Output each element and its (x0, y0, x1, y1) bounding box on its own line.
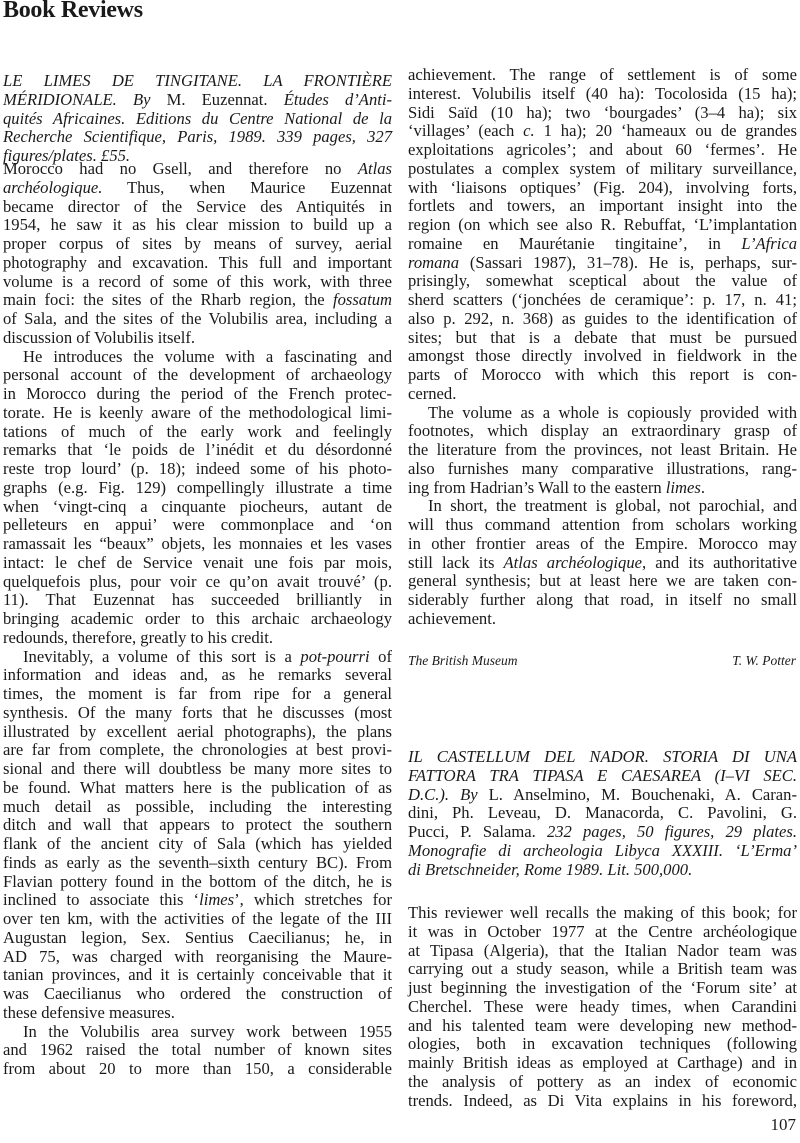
text-line: postulates a complex system of military … (408, 160, 797, 179)
text-line: also p. 292, n. 368) as guides to the id… (408, 310, 797, 329)
text-line: reste trop lourd’ (p. 18); indeed some o… (3, 460, 392, 479)
text-line: Inevitably, a volume of this sort is a p… (3, 648, 392, 667)
text-line: ditch and wall that appears to protect t… (3, 816, 392, 835)
text-line: these defensive measures. (3, 1004, 392, 1023)
text-line: the literature from the provinces, not l… (408, 441, 797, 460)
text-line: finds as early as the seventh–sixth cent… (3, 854, 392, 873)
text-line: volume is a record of some of this work,… (3, 273, 392, 292)
text-line: intact: le chef de Service venait une fo… (3, 554, 392, 573)
text-line: In short, the treatment is global, not p… (408, 497, 797, 516)
text-line: cerned. (408, 385, 797, 404)
text-line: times, the moment is far from ripe for a… (3, 685, 392, 704)
heading-line: di Bretschneider, Rome 1989. Lit. 500,00… (408, 861, 797, 880)
text-line: when ‘vingt-cinq a cinquante piocheurs, … (3, 498, 392, 517)
text-line: quelquefois plus, pour voir ce qu’on ava… (3, 573, 392, 592)
text-line: ramassait les “beaux” objets, les monnai… (3, 535, 392, 554)
text-line: inclined to associate this ‘limes’, whic… (3, 891, 392, 910)
text-line: trends. Indeed, as Di Vita explains in h… (408, 1092, 797, 1111)
review2-heading: IL CASTELLUM DEL NADOR. STORIA DI UNAFAT… (408, 748, 797, 879)
text-line: redounds, therefore, greatly to his cred… (3, 629, 392, 648)
review1-body-left: Morocco had no Gsell, and therefore no A… (3, 160, 392, 1079)
text-line: exploitations agricoles’; and about 60 ‘… (408, 141, 797, 160)
text-line: 1954, he saw it as his clear mission to … (3, 216, 392, 235)
review1-heading: LE LIMES DE TINGITANE. LA FRONTIÈREMÉRID… (3, 72, 392, 166)
text-line: pelleteurs en appui’ were commonplace an… (3, 516, 392, 535)
text-line: mainly British ideas as employed at Cart… (408, 1054, 797, 1073)
text-line: also furnishes many comparative illustra… (408, 460, 797, 479)
heading-line: MÉRIDIONALE. By M. Euzennat. Études d’An… (3, 91, 392, 110)
text-line: proper corpus of sites by means of surve… (3, 235, 392, 254)
reviewer-affiliation: The British Museum (408, 653, 518, 669)
text-line: achievement. The range of settlement is … (408, 66, 797, 85)
text-line: parts of Morocco with which this report … (408, 366, 797, 385)
text-line: from about 20 to more than 150, a consid… (3, 1060, 392, 1079)
text-line: archéologique. Thus, when Maurice Euzenn… (3, 179, 392, 198)
text-line: ing from Hadrian’s Wall to the eastern l… (408, 479, 797, 498)
text-line: be found. What matters here is the publi… (3, 779, 392, 798)
text-line: fortlets and towers, an important insigh… (408, 197, 797, 216)
text-line: with ‘liaisons optiques’ (Fig. 204), inv… (408, 179, 797, 198)
section-title: Book Reviews (3, 0, 143, 24)
page-number: 107 (771, 1115, 797, 1135)
text-line: romana (Sassari 1987), 31–78). He is, pe… (408, 254, 797, 273)
text-line: 11). That Euzennat has succeeded brillia… (3, 591, 392, 610)
text-line: flank of the ancient city of Sala (which… (3, 835, 392, 854)
text-line: bringing academic order to this archaic … (3, 610, 392, 629)
heading-line: IL CASTELLUM DEL NADOR. STORIA DI UNA (408, 748, 797, 767)
text-line: torate. He is keenly aware of the method… (3, 404, 392, 423)
text-line: He introduces the volume with a fascinat… (3, 348, 392, 367)
text-line: are far from complete, the chronologies … (3, 741, 392, 760)
heading-line: quités Africaines. Editions du Centre Na… (3, 110, 392, 129)
text-line: personal account of the development of a… (3, 366, 392, 385)
text-line: main foci: the sites of the Rharb region… (3, 291, 392, 310)
text-line: AD 75, was charged with reorganising the… (3, 948, 392, 967)
text-line: region (on which see also R. Rebuffat, ‘… (408, 216, 797, 235)
text-line: In the Volubilis area survey work betwee… (3, 1023, 392, 1042)
text-line: amongst those directly involved in field… (408, 347, 797, 366)
text-line: sherd scatters (‘jonchées de ceramique’:… (408, 291, 797, 310)
text-line: tations of much of the early work and fe… (3, 423, 392, 442)
text-line: just beginning the investigation of the … (408, 979, 797, 998)
review2-body: This reviewer well recalls the making of… (408, 904, 797, 1110)
text-line: and his talented team were developing ne… (408, 1017, 797, 1036)
text-line: ologies, both in excavation techniques (… (408, 1035, 797, 1054)
text-line: information and ideas and, as he remarks… (3, 666, 392, 685)
text-line: sional and there will doubtless be many … (3, 760, 392, 779)
heading-line: Pucci, P. Salama. 232 pages, 50 figures,… (408, 823, 797, 842)
text-line: over ten km, with the activities of the … (3, 910, 392, 929)
text-line: Sidi Saïd (10 ha); two ‘bourgades’ (3–4 … (408, 104, 797, 123)
text-line: Augustan legion, Sex. Sentius Caecilianu… (3, 929, 392, 948)
text-line: Flavian pottery found in the bottom of t… (3, 873, 392, 892)
text-line: photography and excavation. This full an… (3, 254, 392, 273)
text-line: illustrated by excellent aerial photogra… (3, 723, 392, 742)
text-line: general synthesis; but at least here we … (408, 572, 797, 591)
text-line: carrying out a study season, while a Bri… (408, 960, 797, 979)
text-line: it was in October 1977 at the Centre arc… (408, 923, 797, 942)
text-line: was Caecilianus who ordered the construc… (3, 985, 392, 1004)
heading-line: LE LIMES DE TINGITANE. LA FRONTIÈRE (3, 72, 392, 91)
text-line: in other frontier areas of the Empire. M… (408, 535, 797, 554)
text-line: and 1962 raised the total number of know… (3, 1041, 392, 1060)
text-line: Morocco had no Gsell, and therefore no A… (3, 160, 392, 179)
text-line: achievement. (408, 610, 797, 629)
reviewer-name: T. W. Potter (732, 653, 796, 669)
heading-line: Recherche Scientifique, Paris, 1989. 339… (3, 128, 392, 147)
text-line: The volume as a whole is copiously provi… (408, 404, 797, 423)
text-line: synthesis. Of the many forts that he dis… (3, 704, 392, 723)
heading-line: Monografie di archeologia Libyca XXXIII.… (408, 842, 797, 861)
heading-line: D.C.). By L. Anselmino, M. Bouchenaki, A… (408, 786, 797, 805)
text-line: footnotes, which display an extraordinar… (408, 422, 797, 441)
text-line: the analysis of pottery as an index of e… (408, 1073, 797, 1092)
text-line: became director of the Service des Antiq… (3, 198, 392, 217)
text-line: still lack its Atlas archéologique, and … (408, 554, 797, 573)
text-line: interest. Volubilis itself (40 ha): Toco… (408, 85, 797, 104)
text-line: This reviewer well recalls the making of… (408, 904, 797, 923)
text-line: Cherchel. These were heady times, when C… (408, 998, 797, 1017)
text-line: will thus command attention from scholar… (408, 516, 797, 535)
text-line: romaine en Maurétanie tingitaine’, in L’… (408, 235, 797, 254)
text-line: prisingly, somewhat sceptical about the … (408, 272, 797, 291)
review1-body-right: achievement. The range of settlement is … (408, 66, 797, 629)
text-line: tanian provinces, and it is certainly co… (3, 966, 392, 985)
text-line: siderably further along that road, in it… (408, 591, 797, 610)
text-line: much detail as possible, including the i… (3, 798, 392, 817)
text-line: discussion of Volubilis itself. (3, 329, 392, 348)
text-line: ‘villages’ (each c. 1 ha); 20 ‘hameaux o… (408, 122, 797, 141)
text-line: graphs (e.g. Fig. 129) compellingly illu… (3, 479, 392, 498)
text-line: of Sala, and the sites of the Volubilis … (3, 310, 392, 329)
heading-line: FATTORA TRA TIPASA E CAESAREA (I–VI SEC. (408, 767, 797, 786)
text-line: remarks that ‘le poids de l’inédit et du… (3, 441, 392, 460)
text-line: sites; but that is a debate that must be… (408, 329, 797, 348)
text-line: at Tipasa (Algeria), that the Italian Na… (408, 942, 797, 961)
text-line: in Morocco during the period of the Fren… (3, 385, 392, 404)
heading-line: dini, Ph. Leveau, D. Manacorda, C. Pavol… (408, 804, 797, 823)
